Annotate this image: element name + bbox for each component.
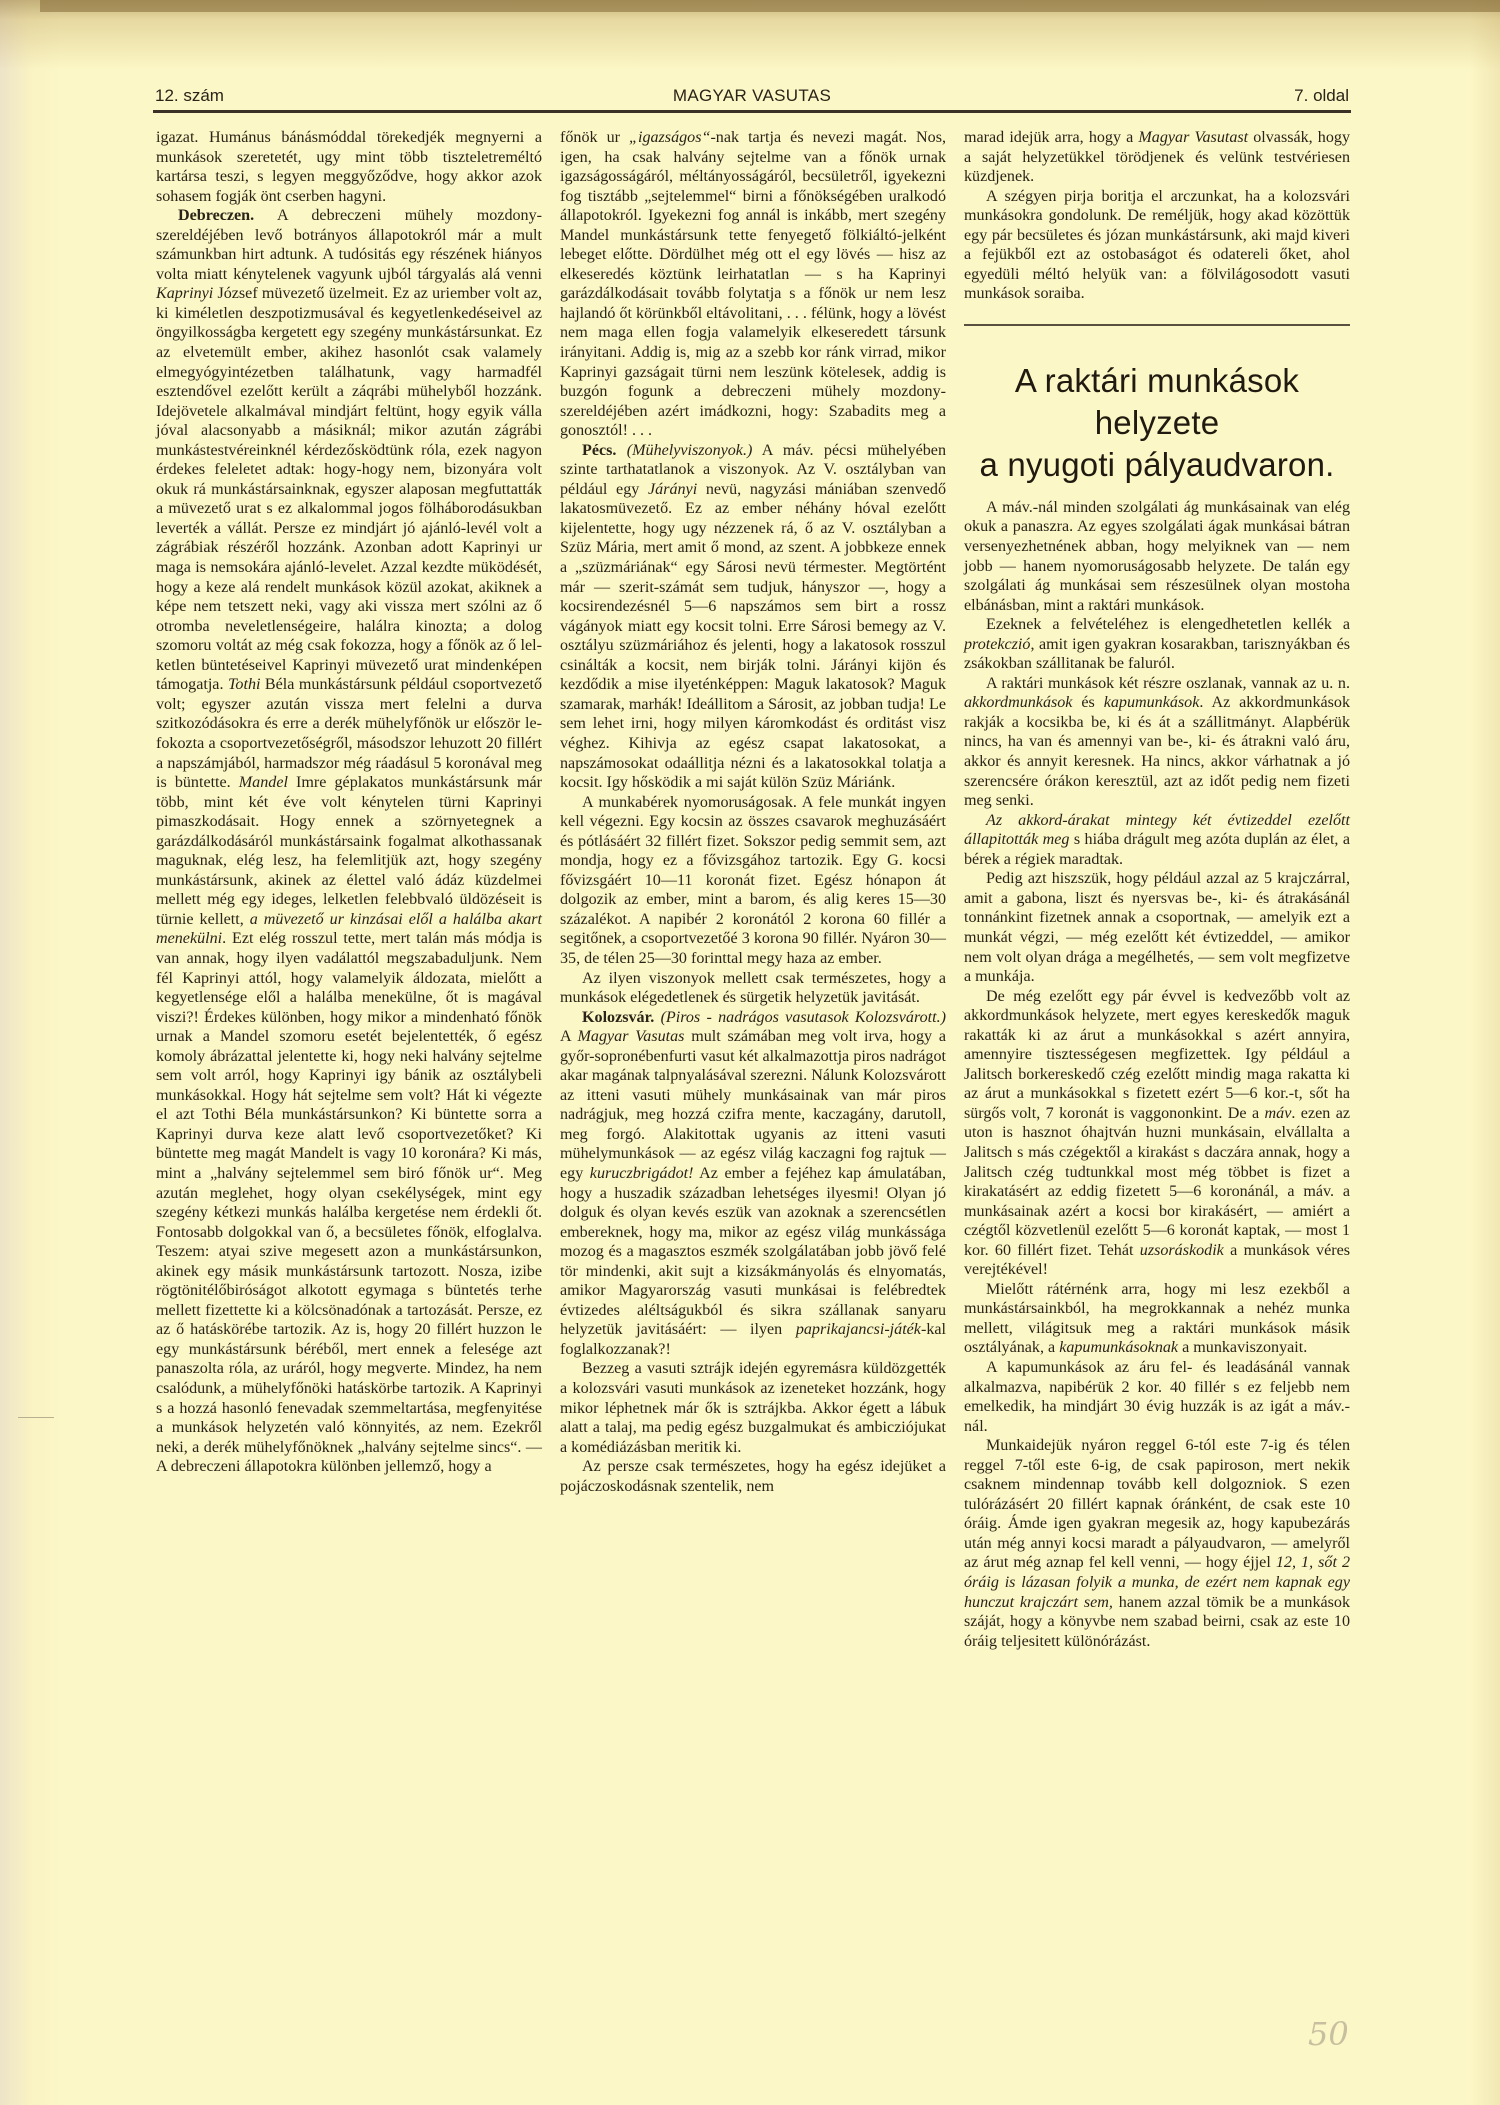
paragraph-text: A máv.-nál minden szolgálati ág munká­sa… <box>964 499 1350 614</box>
paragraph: Mielőtt rátérnénk arra, hogy mi lesz eze… <box>964 1280 1350 1358</box>
paragraph: Pedig azt hiszszük, hogy például azzal a… <box>964 869 1350 986</box>
emphasis: Mandel <box>239 774 288 791</box>
emphasis: kuruczbrigádot! <box>590 1165 694 1182</box>
page-header: 12. szám MAGYAR VASUTAS 7. oldal <box>153 86 1351 110</box>
paragraph-text: Munkaidejük nyáron reggel 6-tól este 7-i… <box>964 1437 1350 1571</box>
paragraph-text: Az ilyen viszonyok mellett csak természe… <box>560 970 946 1007</box>
paragraph-text: a munkaviszonyait. <box>1178 1339 1307 1356</box>
emphasis: uzsoráskodik <box>1140 1242 1224 1259</box>
page-label: 7. oldal <box>1294 86 1349 106</box>
emphasis: protekczió <box>964 636 1030 653</box>
section-heading-pecs: Pécs. <box>582 442 616 459</box>
column-1: igazat. Humánus bánásmóddal törekedjék m… <box>156 128 542 1477</box>
paragraph: Az persze csak természetes, hogy ha egés… <box>560 1457 946 1496</box>
section-subtitle: (Piros - nadrágos vasutasok Kolozsvárott… <box>661 1009 946 1026</box>
paragraph-text: Az persze csak természetes, hogy ha egés… <box>560 1458 946 1495</box>
paragraph-text: De még ezelőtt egy pár évvel is kedve­ző… <box>964 988 1350 1122</box>
paragraph-text: Az ember a fejéhez kap ámulatában, hogy … <box>560 1165 946 1338</box>
article-title: A raktári munkások helyzete a nyugoti pá… <box>964 360 1350 486</box>
paragraph-pecs: Pécs. (Mühelyviszonyok.) A máv. pécsi mü… <box>560 441 946 793</box>
emphasis: Kaprinyi <box>156 285 213 302</box>
paragraph: De még ezelőtt egy pár évvel is kedve­ző… <box>964 987 1350 1280</box>
section-heading-debreczen: Debreczen. <box>178 207 254 224</box>
paragraph-text: Bezzeg a vasuti sztrájk idején egyre­más… <box>560 1360 946 1455</box>
paragraph-text: Imre géplakatos munkástársunk már több, … <box>156 774 542 928</box>
emphasis: máv <box>1265 1105 1292 1122</box>
scan-top-edge <box>40 0 1500 12</box>
emphasis: paprikajancsi-játék <box>796 1321 921 1338</box>
paragraph: főnök ur „igazságos“-nak tartja és nevez… <box>560 128 946 441</box>
paragraph-kolozsvar: Kolozsvár. (Piros - nadrágos vasutasok K… <box>560 1008 946 1360</box>
column-3: marad idejük arra, hogy a Magyar Vasutas… <box>964 128 1350 1651</box>
handwritten-page-number: 50 <box>1308 2015 1349 2053</box>
section-heading-kolozsvar: Kolozsvár. <box>582 1009 654 1026</box>
section-divider <box>964 324 1350 326</box>
paragraph: Az akkord-árakat mintegy két évtizeddel … <box>964 811 1350 870</box>
paragraph: Bezzeg a vasuti sztrájk idején egyre­más… <box>560 1359 946 1457</box>
margin-mark <box>18 1417 54 1418</box>
paragraph-text: Pedig azt hiszszük, hogy például azzal a… <box>964 870 1350 985</box>
paragraph-text: A szégyen pirja boritja el arczunkat, ha… <box>964 188 1350 303</box>
paragraph-text: főnök ur <box>560 129 629 146</box>
paragraph: A szégyen pirja boritja el arczunkat, ha… <box>964 187 1350 304</box>
emphasis: akkordmunkások <box>964 694 1072 711</box>
paragraph-text: és <box>1072 694 1103 711</box>
paragraph-text: mult számá­ban meg volt irva, hogy a győ… <box>560 1028 946 1182</box>
paragraph: A raktári munkások két részre oszlanak, … <box>964 674 1350 811</box>
emphasis: kapu­munkások <box>1104 694 1200 711</box>
emphasis: Magyar Vasutast <box>1138 129 1248 146</box>
paragraph-text: József müvezető üzelmeit. Ez az uriember… <box>156 285 542 693</box>
publication-title: MAGYAR VASUTAS <box>153 86 1351 106</box>
paragraph-text: -nak tartja és nevezi magát. Nos, igen, … <box>560 129 946 439</box>
paragraph-text: igazat. Humánus bánásmóddal törekedjék m… <box>156 129 542 205</box>
paragraph: A munkabérek nyomoruságosak. A fele mun­… <box>560 793 946 969</box>
paragraph-text: A kapumunkások az áru fel- és leadásá­ná… <box>964 1359 1350 1435</box>
paragraph-debreczen: Debreczen. A debreczeni mühely mozdony-s… <box>156 206 542 1477</box>
paragraph-text: . Ezt elég rosszul tette, mert talán más… <box>156 930 542 1475</box>
paragraph: Ezeknek a felvételéhez is elengedhetetle… <box>964 615 1350 674</box>
section-subtitle: (Mühelyviszonyok.) <box>627 442 753 459</box>
paragraph: marad idejük arra, hogy a Magyar Vasutas… <box>964 128 1350 187</box>
paragraph-text: Ezeknek a felvételéhez is elengedhetetle… <box>986 616 1350 633</box>
paragraph-text: A raktári munkások két részre oszlanak, … <box>986 675 1350 692</box>
article-title-line: a nyugoti pályaudvaron. <box>964 444 1350 486</box>
emphasis: „igazságos“ <box>629 129 710 146</box>
paragraph-text: . Az akkordmunkások rakják a ko­csikba b… <box>964 694 1350 809</box>
paragraph-text: A munkabérek nyomoruságosak. A fele mun­… <box>560 794 946 967</box>
paragraph-text: . ezen az uton is hasznot óhajtván huzni… <box>964 1105 1350 1259</box>
paragraph-text: nevü, nagyzási mániában szenvedő lakatos… <box>560 481 946 791</box>
emphasis: kapu­munkásoknak <box>1059 1339 1178 1356</box>
header-rule <box>153 110 1351 113</box>
paragraph: A máv.-nál minden szolgálati ág munká­sa… <box>964 498 1350 615</box>
article-title-line: A raktári munkások helyzete <box>964 360 1350 444</box>
paragraph-text: A <box>560 1028 578 1045</box>
newspaper-page: 12. szám MAGYAR VASUTAS 7. oldal igazat.… <box>0 0 1500 2105</box>
emphasis: Magyar Vasutas <box>578 1028 685 1045</box>
emphasis: Járányi <box>648 481 697 498</box>
paragraph: Az ilyen viszonyok mellett csak természe… <box>560 969 946 1008</box>
paragraph: A kapumunkások az áru fel- és leadásá­ná… <box>964 1358 1350 1436</box>
paragraph: igazat. Humánus bánásmóddal törekedjék m… <box>156 128 542 206</box>
emphasis: Tothi <box>228 676 261 693</box>
paragraph: Munkaidejük nyáron reggel 6-tól este 7-i… <box>964 1436 1350 1651</box>
column-2: főnök ur „igazságos“-nak tartja és nevez… <box>560 128 946 1496</box>
paragraph-text: marad idejük arra, hogy a <box>964 129 1138 146</box>
